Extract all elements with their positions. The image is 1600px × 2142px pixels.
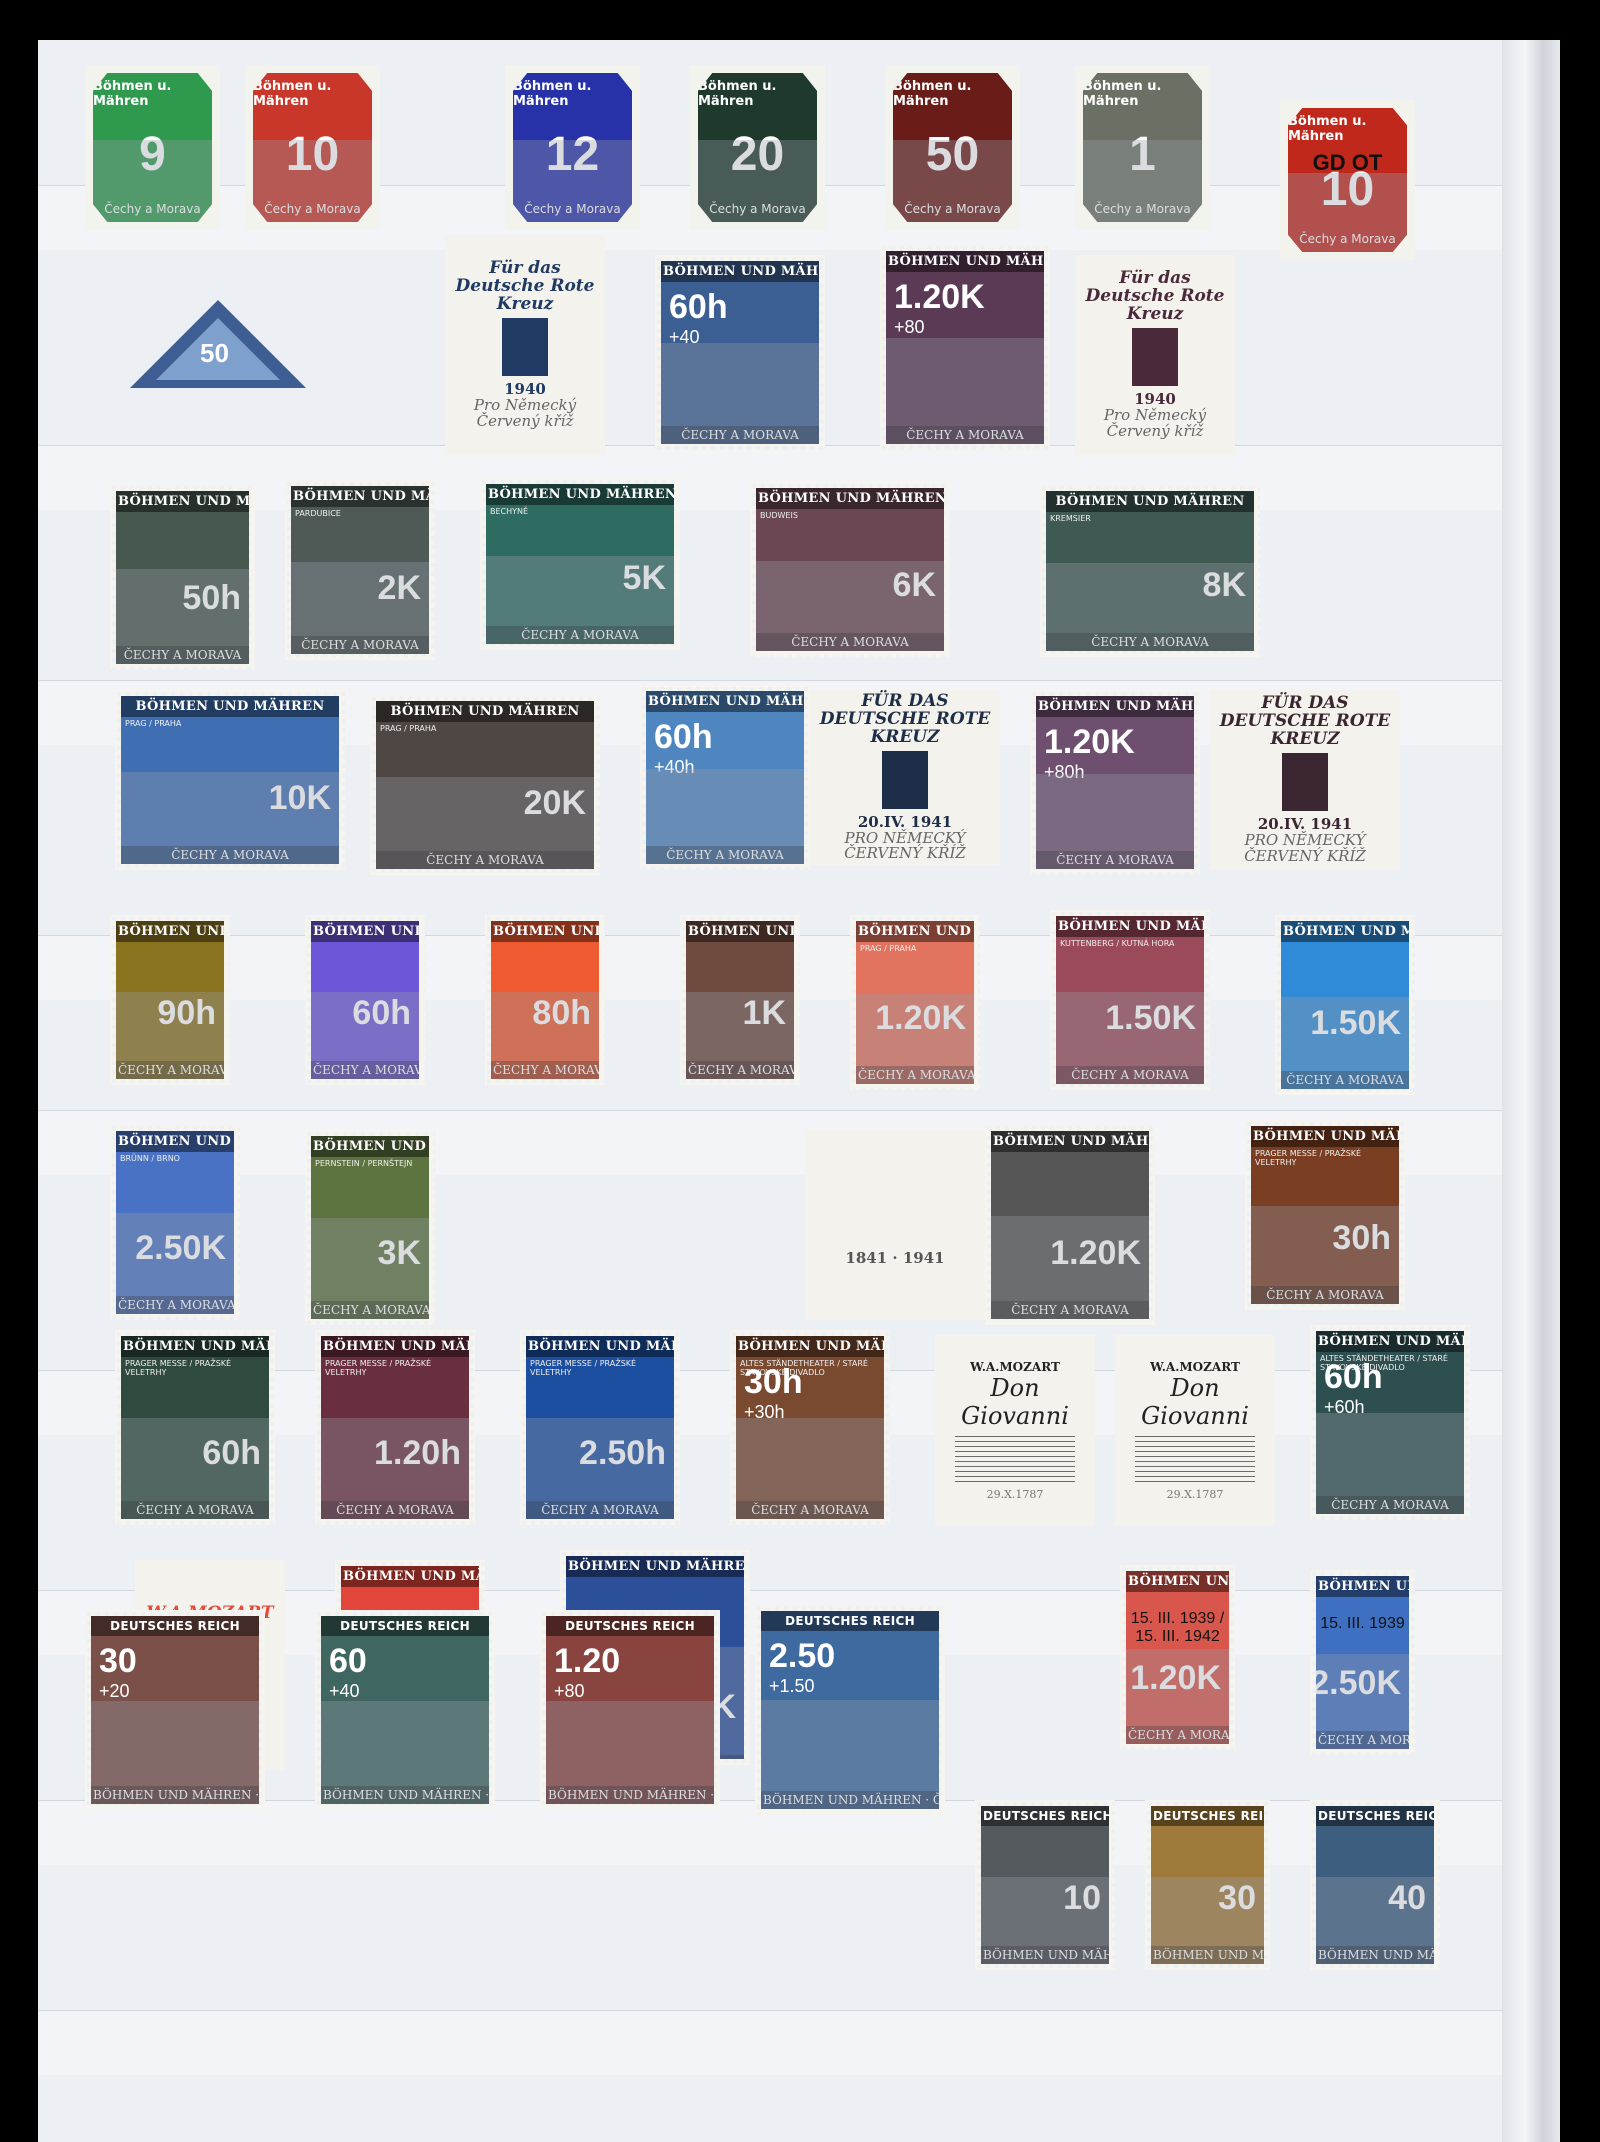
- postage-stamp[interactable]: BÖHMEN UND MÄHRENBECHYNĚ5KČECHY A MORAVA: [480, 478, 680, 650]
- stamp-design: BÖHMEN UND MÄHREN80hČECHY A MORAVA: [491, 921, 599, 1079]
- stamp-value: 30h: [1332, 1219, 1391, 1258]
- label-text-bottom: PRO NĚMECKÝ ČERVENÝ KŘÍŽ: [810, 831, 1000, 863]
- stamp-design: BÖHMEN UND MÄHRENBRÜNN / BRNO2.50KČECHY …: [116, 1131, 234, 1314]
- stamp-header: DEUTSCHES REICH: [761, 1611, 939, 1631]
- stamp-footer: Čechy a Morava: [104, 202, 201, 216]
- stamp-value: 2.50K: [1316, 1664, 1401, 1703]
- stamp-value: 1.20K: [1130, 1659, 1221, 1698]
- stamp-picture: 60h: [311, 942, 419, 1061]
- stamp-value: 6K: [893, 566, 936, 605]
- stamp-footer: ČECHY A MORAVA: [491, 1061, 599, 1079]
- postage-stamp[interactable]: BÖHMEN UND MÄHRENPRAG / PRAHA10KČECHY A …: [115, 690, 345, 870]
- stamp-footer: Čechy a Morava: [524, 202, 621, 216]
- stamp-design: DEUTSCHES REICH30BÖHMEN UND MÄHREN · ČEC…: [1151, 1806, 1264, 1964]
- stamp-picture: 40: [1316, 1826, 1434, 1946]
- stamp-value: 60h+40h: [654, 718, 713, 778]
- stamp-footer: ČECHY A MORAVA: [1316, 1496, 1464, 1514]
- stamp-header: BÖHMEN UND MÄHREN: [526, 1336, 674, 1357]
- postage-stamp[interactable]: DEUTSCHES REICH10BÖHMEN UND MÄHREN · ČEC…: [975, 1800, 1115, 1970]
- stamp-value: 12: [546, 127, 599, 182]
- stamp-footer: Čechy a Morava: [709, 202, 806, 216]
- stamp-design: BÖHMEN UND MÄHRENPRAGER MESSE / PRAŽSKÉ …: [526, 1336, 674, 1519]
- stamp-header: DEUTSCHES REICH: [1316, 1806, 1434, 1826]
- stamp-value: 30h+30h: [744, 1363, 803, 1423]
- stamp-header: BÖHMEN UND MÄHREN: [116, 491, 249, 512]
- postage-stamp[interactable]: BÖHMEN UND MÄHREN1KČECHY A MORAVA: [680, 915, 800, 1085]
- stamp-footer: BÖHMEN UND MÄHREN · ČECHY A MORAVA: [1316, 1946, 1434, 1964]
- stamp-design: BÖHMEN UND MÄHRENALTES STÄNDETHEATER / S…: [736, 1336, 884, 1519]
- value-text: 1.20K: [875, 999, 966, 1037]
- stamp-design: BÖHMEN UND MÄHREN1.50KČECHY A MORAVA: [1281, 921, 1409, 1089]
- stamp-header: BÖHMEN UND MÄHREN: [376, 701, 594, 722]
- label-years: 1841 · 1941: [845, 1249, 944, 1267]
- label-text-top: FÜR DAS DEUTSCHE ROTE KREUZ: [810, 693, 1000, 747]
- value-text: 10: [1063, 1879, 1101, 1917]
- stamp-header: BÖHMEN UND MÄHREN: [1316, 1576, 1409, 1597]
- surcharge: +20: [99, 1681, 137, 1702]
- photo-border-left: [0, 0, 38, 2142]
- stamp-design: DEUTSCHES REICH2.50+1.50BÖHMEN UND MÄHRE…: [761, 1611, 939, 1809]
- stamp-value: 90h: [157, 994, 216, 1033]
- mozart-label: W.A.MOZARTDon Giovanni29.X.1787: [935, 1335, 1095, 1525]
- newspaper-stamp[interactable]: Böhmen u. Mähren20Čechy a Morava: [690, 65, 825, 230]
- value-text: 30h: [1332, 1219, 1391, 1257]
- stamp-design: BÖHMEN UND MÄHRENPARDUBICE2KČECHY A MORA…: [291, 486, 429, 654]
- stamp-footer: BÖHMEN UND MÄHREN · ČECHY A MORAVA: [546, 1786, 714, 1804]
- stamp-footer: ČECHY A MORAVA: [1316, 1731, 1409, 1749]
- mozart-label: W.A.MOZARTDon Giovanni29.X.1787: [1115, 1335, 1275, 1525]
- music-staff-icon: [955, 1436, 1075, 1482]
- stamp-caption: BRÜNN / BRNO: [116, 1152, 234, 1165]
- stamp-footer: BÖHMEN UND MÄHREN · ČECHY A MORAVA: [981, 1946, 1109, 1964]
- stamp-value: 1: [1129, 127, 1156, 182]
- stamp-value: 50: [200, 338, 229, 369]
- postage-stamp[interactable]: BÖHMEN UND MÄHREN1.20K+80hČECHY A MORAVA: [1030, 690, 1200, 875]
- stamp-design: DEUTSCHES REICH60+40BÖHMEN UND MÄHREN · …: [321, 1616, 489, 1804]
- stamp-design: BÖHMEN UND MÄHRENPRAG / PRAHA10KČECHY A …: [121, 696, 339, 864]
- stamp-design: BÖHMEN UND MÄHREN1.20KČECHY A MORAVA: [991, 1131, 1149, 1319]
- se-tenant-label: Für das Deutsche Rote Kreuz1940Pro Němec…: [445, 235, 605, 455]
- value-text: 1.20h: [374, 1434, 461, 1472]
- stamp-picture: BECHYNĚ5K: [486, 505, 674, 626]
- postage-stamp[interactable]: BÖHMEN UND MÄHREN15. III. 1939 / 15. III…: [1120, 1565, 1235, 1750]
- postage-stamp[interactable]: BÖHMEN UND MÄHREN1.20K+80ČECHY A MORAVA: [880, 245, 1050, 450]
- value-text: 1.50K: [1310, 1004, 1401, 1042]
- stamp-value: 2.50+1.50: [769, 1637, 835, 1697]
- stamp-design: BÖHMEN UND MÄHREN15. III. 1939 / 15. III…: [1126, 1571, 1229, 1744]
- stamp-picture: 1.20+80: [546, 1636, 714, 1786]
- stamp-design: Böhmen u. Mähren12Čechy a Morava: [513, 73, 632, 222]
- value-text: 90h: [157, 994, 216, 1032]
- music-staff-icon: [1135, 1436, 1255, 1482]
- stamp-footer: ČECHY A MORAVA: [116, 646, 249, 664]
- photo-border-right: [1560, 0, 1600, 2142]
- surcharge: +1.50: [769, 1676, 835, 1697]
- se-tenant-label: FÜR DAS DEUTSCHE ROTE KREUZ20.IV. 1941PR…: [1210, 690, 1400, 870]
- value-text: 30: [99, 1642, 137, 1680]
- stamp-picture: 60h+40h: [646, 712, 804, 846]
- stamp-design: Böhmen u. Mähren50Čechy a Morava: [893, 73, 1012, 222]
- stamp-picture: PRAGER MESSE / PRAŽSKÉ VELETRHY60h: [121, 1357, 269, 1501]
- stamp-design: BÖHMEN UND MÄHRENPERNSTEIN / PERNŠTEJN3K…: [311, 1136, 429, 1319]
- stamp-value: 1K: [743, 994, 786, 1033]
- postage-stamp[interactable]: BÖHMEN UND MÄHRENALTES STÄNDETHEATER / S…: [730, 1330, 890, 1525]
- stamp-value: 60h: [202, 1434, 261, 1473]
- stamp-footer: ČECHY A MORAVA: [1036, 851, 1194, 869]
- red-cross-eagle-icon: [502, 318, 548, 376]
- stamp-value: 60h+60h: [1324, 1358, 1383, 1418]
- stamp-header: BÖHMEN UND MÄHREN: [756, 488, 944, 509]
- stamp-caption: KUTTENBERG / KUTNÁ HORA: [1056, 937, 1204, 950]
- value-text: 40: [1388, 1879, 1426, 1917]
- stamp-picture: 60+40: [321, 1636, 489, 1786]
- stamp-design: BÖHMEN UND MÄHREN60h+40hČECHY A MORAVA: [646, 691, 804, 864]
- value-text: 60: [329, 1642, 367, 1680]
- opera-title: Don Giovanni: [1115, 1374, 1275, 1430]
- stamp-caption: PARDUBICE: [291, 507, 429, 520]
- value-text: 1K: [743, 994, 786, 1032]
- stamp-design: DEUTSCHES REICH30+20BÖHMEN UND MÄHREN · …: [91, 1616, 259, 1804]
- stamp-value: 1.20+80: [554, 1642, 620, 1702]
- postage-stamp[interactable]: BÖHMEN UND MÄHRENPRAGER MESSE / PRAŽSKÉ …: [1245, 1120, 1405, 1310]
- photo-border-top: [0, 0, 1600, 40]
- stamp-header: BÖHMEN UND MÄHREN: [566, 1556, 744, 1577]
- stamp-value: 9: [139, 127, 166, 182]
- postage-stamp[interactable]: BÖHMEN UND MÄHRENKUTTENBERG / KUTNÁ HORA…: [1050, 910, 1210, 1090]
- stamp-footer: BÖHMEN UND MÄHREN · ČECHY A MORAVA: [91, 1786, 259, 1804]
- stamp-design: BÖHMEN UND MÄHRENPRAGER MESSE / PRAŽSKÉ …: [121, 1336, 269, 1519]
- stamp-design: BÖHMEN UND MÄHREN15. III. 19392.50KČECHY…: [1316, 1576, 1409, 1749]
- stamp-picture: 1.50K: [1281, 942, 1409, 1071]
- postage-stamp[interactable]: BÖHMEN UND MÄHRENKREMSIER8KČECHY A MORAV…: [1040, 485, 1260, 657]
- stamp-caption: PRAGER MESSE / PRAŽSKÉ VELETRHY: [121, 1357, 269, 1379]
- value-text: 5K: [623, 559, 666, 597]
- label-years: 20.IV. 1941: [858, 813, 952, 831]
- stamp-footer: Čechy a Morava: [264, 202, 361, 216]
- postage-stamp[interactable]: BÖHMEN UND MÄHREN60h+40hČECHY A MORAVA: [640, 685, 810, 870]
- stamp-header: DEUTSCHES REICH: [546, 1616, 714, 1636]
- stamp-picture: 50h: [116, 512, 249, 646]
- stamp-header: Böhmen u. Mähren: [1288, 114, 1407, 144]
- stamp-value: 10K: [269, 779, 331, 818]
- stamp-design: BÖHMEN UND MÄHRENBUDWEIS6KČECHY A MORAVA: [756, 488, 944, 651]
- stamp-design: Böhmen u. Mähren9Čechy a Morava: [93, 73, 212, 222]
- surcharge: +80: [554, 1681, 620, 1702]
- stamp-picture: 1K: [686, 942, 794, 1061]
- stamp-footer: ČECHY A MORAVA: [376, 851, 594, 869]
- red-cross-eagle-icon: [1282, 753, 1328, 811]
- stamp-footer: ČECHY A MORAVA: [991, 1301, 1149, 1319]
- stamp-picture: 60h+40: [661, 282, 819, 426]
- stamp-header: BÖHMEN UND MÄHREN: [661, 261, 819, 282]
- stamp-header: BÖHMEN UND MÄHREN: [736, 1336, 884, 1357]
- stamp-footer: ČECHY A MORAVA: [686, 1061, 794, 1079]
- value-text: 2.50: [769, 1637, 835, 1675]
- stamp-value: 2.50h: [579, 1434, 666, 1473]
- stamp-header: BÖHMEN UND MÄHREN: [1281, 921, 1409, 942]
- stamp-picture: PRAGER MESSE / PRAŽSKÉ VELETRHY2.50h: [526, 1357, 674, 1501]
- stamp-footer: ČECHY A MORAVA: [526, 1501, 674, 1519]
- value-text: 80h: [532, 994, 591, 1032]
- red-cross-eagle-icon: [1132, 328, 1178, 386]
- stamp-picture: 10: [981, 1826, 1109, 1946]
- opera-title: Don Giovanni: [935, 1374, 1095, 1430]
- stamp-footer: BÖHMEN UND MÄHREN · ČECHY A MORAVA: [761, 1791, 939, 1809]
- value-text: 3K: [378, 1234, 421, 1272]
- label-text-top: Für das Deutsche Rote Kreuz: [445, 260, 605, 314]
- stamp-picture: KUTTENBERG / KUTNÁ HORA1.50K: [1056, 937, 1204, 1066]
- surcharge: +40: [669, 327, 728, 348]
- stamp-value: 20: [731, 127, 784, 182]
- stamp-footer: ČECHY A MORAVA: [291, 636, 429, 654]
- stockbook-page: Böhmen u. Mähren9Čechy a MoravaBöhmen u.…: [38, 40, 1558, 2142]
- value-text: 60h: [654, 718, 713, 756]
- stamp-header: BÖHMEN UND MÄHREN: [311, 1136, 429, 1157]
- stamp-header: BÖHMEN UND MÄHREN: [321, 1336, 469, 1357]
- stamp-design: BÖHMEN UND MÄHRENPRAGER MESSE / PRAŽSKÉ …: [1251, 1126, 1399, 1304]
- stamp-picture: BUDWEIS6K: [756, 509, 944, 633]
- stamp-header: BÖHMEN UND MÄHREN: [886, 251, 1044, 272]
- stamp-caption: BECHYNĚ: [486, 505, 674, 518]
- newspaper-stamp[interactable]: Böhmen u. Mähren10Čechy a MoravaGD OT: [1280, 100, 1415, 260]
- stamp-footer: ČECHY A MORAVA: [856, 1066, 974, 1084]
- label-text-top: Für das Deutsche Rote Kreuz: [1075, 270, 1235, 324]
- postage-stamp[interactable]: BÖHMEN UND MÄHRENPRAGER MESSE / PRAŽSKÉ …: [115, 1330, 275, 1525]
- value-text: 50h: [182, 579, 241, 617]
- value-text: 30h: [744, 1363, 803, 1401]
- stamp-footer: ČECHY A MORAVA: [321, 1501, 469, 1519]
- stamp-picture: 15. III. 19392.50K: [1316, 1597, 1409, 1731]
- stamp-value: 8K: [1203, 566, 1246, 605]
- label-text-bottom: PRO NĚMECKÝ ČERVENÝ KŘÍŽ: [1210, 833, 1400, 865]
- value-text: 1.20K: [1130, 1659, 1221, 1697]
- stamp-picture: 2.50+1.50: [761, 1631, 939, 1791]
- stamp-picture: 90h: [116, 942, 224, 1061]
- stamp-footer: ČECHY A MORAVA: [646, 846, 804, 864]
- stamp-picture: 1.20K+80: [886, 272, 1044, 426]
- stamp-design: Böhmen u. Mähren1Čechy a Morava: [1083, 73, 1202, 222]
- postage-stamp[interactable]: DEUTSCHES REICH30+20BÖHMEN UND MÄHREN · …: [85, 1610, 265, 1810]
- postage-stamp[interactable]: DEUTSCHES REICH40BÖHMEN UND MÄHREN · ČEC…: [1310, 1800, 1440, 1970]
- stamp-value: 60+40: [329, 1642, 367, 1702]
- stamp-picture: 1.20K: [991, 1152, 1149, 1301]
- surcharge: +80h: [1044, 762, 1135, 783]
- stamp-value: 1.50K: [1105, 999, 1196, 1038]
- stamp-picture: BRÜNN / BRNO2.50K: [116, 1152, 234, 1296]
- postage-stamp[interactable]: BÖHMEN UND MÄHRENPRAG / PRAHA1.20KČECHY …: [850, 915, 980, 1090]
- stamp-header: Böhmen u. Mähren: [253, 79, 372, 109]
- stamp-picture: KREMSIER8K: [1046, 512, 1254, 633]
- composer-name: W.A.MOZART: [1150, 1360, 1240, 1374]
- postage-stamp[interactable]: BÖHMEN UND MÄHREN90hČECHY A MORAVA: [110, 915, 230, 1085]
- stamp-header: BÖHMEN UND MÄHREN: [116, 921, 224, 942]
- stamp-caption: PRAG / PRAHA: [856, 942, 974, 955]
- stamp-header: BÖHMEN UND MÄHREN: [291, 486, 429, 507]
- stamp-header: BÖHMEN UND MÄHREN: [856, 921, 974, 942]
- stamp-picture: 15. III. 1939 / 15. III. 19421.20K: [1126, 1592, 1229, 1726]
- surcharge: +80: [894, 317, 985, 338]
- red-cross-eagle-icon: [872, 1187, 918, 1245]
- stamp-design: BÖHMEN UND MÄHREN60hČECHY A MORAVA: [311, 921, 419, 1079]
- stamp-footer: ČECHY A MORAVA: [736, 1501, 884, 1519]
- stamp-picture: PRAGER MESSE / PRAŽSKÉ VELETRHY30h: [1251, 1147, 1399, 1286]
- stamp-footer: BÖHMEN UND MÄHREN · ČECHY A MORAVA: [1151, 1946, 1264, 1964]
- stamp-header: BÖHMEN UND MÄHREN: [1251, 1126, 1399, 1147]
- stamp-caption: PRAGER MESSE / PRAŽSKÉ VELETRHY: [1251, 1147, 1399, 1169]
- stamp-design: BÖHMEN UND MÄHRENALTES STÄNDETHEATER / S…: [1316, 1331, 1464, 1514]
- stamp-value: 60h: [352, 994, 411, 1033]
- postage-stamp[interactable]: BÖHMEN UND MÄHREN50hČECHY A MORAVA: [110, 485, 255, 670]
- stamp-footer: ČECHY A MORAVA: [756, 633, 944, 651]
- stamp-header: Böhmen u. Mähren: [93, 79, 212, 109]
- stamp-footer: ČECHY A MORAVA: [116, 1296, 234, 1314]
- stamp-value: 5K: [623, 559, 666, 598]
- newspaper-stamp[interactable]: Böhmen u. Mähren10Čechy a Morava: [245, 65, 380, 230]
- stamp-value: 10: [1063, 1879, 1101, 1918]
- surcharge: +60h: [1324, 1397, 1383, 1418]
- postage-stamp[interactable]: BÖHMEN UND MÄHRENALTES STÄNDETHEATER / S…: [1310, 1325, 1470, 1520]
- stamp-header: BÖHMEN UND MÄHREN: [1046, 491, 1254, 512]
- stamp-value: 1.20K: [875, 999, 966, 1038]
- stamp-header: BÖHMEN UND MÄHREN: [491, 921, 599, 942]
- value-text: 1.50K: [1105, 999, 1196, 1037]
- stamp-footer: Čechy a Morava: [1094, 202, 1191, 216]
- stamp-header: BÖHMEN UND MÄHREN: [1056, 916, 1204, 937]
- stamp-value: 1.20K+80: [894, 278, 985, 338]
- stamp-design: BÖHMEN UND MÄHREN60h+40ČECHY A MORAVA: [661, 261, 819, 444]
- postage-stamp[interactable]: BÖHMEN UND MÄHRENPRAGER MESSE / PRAŽSKÉ …: [315, 1330, 475, 1525]
- postage-stamp[interactable]: BÖHMEN UND MÄHRENBUDWEIS6KČECHY A MORAVA: [750, 482, 950, 657]
- stamp-value: 40: [1388, 1879, 1426, 1918]
- stamp-header: BÖHMEN UND MÄHREN: [311, 921, 419, 942]
- value-text: 2.50K: [1316, 1664, 1401, 1702]
- stamp-footer: ČECHY A MORAVA: [1126, 1726, 1229, 1744]
- stamp-header: BÖHMEN UND MÄHREN: [686, 921, 794, 942]
- postage-stamp[interactable]: DEUTSCHES REICH60+40BÖHMEN UND MÄHREN · …: [315, 1610, 495, 1810]
- value-text: 60h: [669, 288, 728, 326]
- postage-stamp[interactable]: BÖHMEN UND MÄHRENPRAG / PRAHA20KČECHY A …: [370, 695, 600, 875]
- stamp-footer: Čechy a Morava: [1299, 232, 1396, 246]
- stamp-design: BÖHMEN UND MÄHRENBECHYNĚ5KČECHY A MORAVA: [486, 484, 674, 644]
- postage-stamp[interactable]: BÖHMEN UND MÄHREN60h+40ČECHY A MORAVA: [655, 255, 825, 450]
- stamp-value: 80h: [532, 994, 591, 1033]
- stamp-value: 20K: [524, 784, 586, 823]
- stamp-design: DEUTSCHES REICH40BÖHMEN UND MÄHREN · ČEC…: [1316, 1806, 1434, 1964]
- stamp-value: 1.20K: [1050, 1234, 1141, 1273]
- value-text: 60h: [202, 1434, 261, 1472]
- stamp-picture: PERNSTEIN / PERNŠTEJN3K: [311, 1157, 429, 1301]
- stamp-picture: PRAG / PRAHA20K: [376, 722, 594, 851]
- stamp-picture: ALTES STÄNDETHEATER / STARÉ STAVOVSKÉ DI…: [1316, 1352, 1464, 1496]
- postage-stamp[interactable]: BÖHMEN UND MÄHREN60hČECHY A MORAVA: [305, 915, 425, 1085]
- stamp-footer: ČECHY A MORAVA: [311, 1301, 429, 1319]
- value-text: 6K: [893, 566, 936, 604]
- stamp-header: BÖHMEN UND MÄHREN: [991, 1131, 1149, 1152]
- postage-stamp[interactable]: BÖHMEN UND MÄHRENPARDUBICE2KČECHY A MORA…: [285, 480, 435, 660]
- stamp-design: BÖHMEN UND MÄHREN50hČECHY A MORAVA: [116, 491, 249, 664]
- postage-stamp[interactable]: BÖHMEN UND MÄHREN1.20KČECHY A MORAVA: [985, 1125, 1155, 1325]
- postage-stamp[interactable]: DEUTSCHES REICH1.20+80BÖHMEN UND MÄHREN …: [540, 1610, 720, 1810]
- stamp-value: 30: [1218, 1879, 1256, 1918]
- stamp-picture: ALTES STÄNDETHEATER / STARÉ STAVOVSKÉ DI…: [736, 1357, 884, 1501]
- stamp-footer: ČECHY A MORAVA: [121, 846, 339, 864]
- stamp-value: 50h: [182, 579, 241, 618]
- value-text: 2K: [378, 569, 421, 607]
- stamp-header: BÖHMEN UND MÄHREN: [1316, 1331, 1464, 1352]
- stamp-value: 3K: [378, 1234, 421, 1273]
- stamp-caption: BUDWEIS: [756, 509, 944, 522]
- stamp-footer: BÖHMEN UND MÄHREN · ČECHY A MORAVA: [321, 1786, 489, 1804]
- value-text: 1.20: [554, 1642, 620, 1680]
- postage-stamp[interactable]: BÖHMEN UND MÄHRENPRAGER MESSE / PRAŽSKÉ …: [520, 1330, 680, 1525]
- stamp-caption: PRAG / PRAHA: [376, 722, 594, 735]
- stamp-caption: KREMSIER: [1046, 512, 1254, 525]
- stamp-picture: 1.20K+80h: [1036, 717, 1194, 851]
- newspaper-stamp[interactable]: Böhmen u. Mähren50Čechy a Morava: [885, 65, 1020, 230]
- stamp-value: 1.50K: [1310, 1004, 1401, 1043]
- stamp-footer: ČECHY A MORAVA: [886, 426, 1044, 444]
- surcharge: +30h: [744, 1402, 803, 1423]
- postage-stamp[interactable]: BÖHMEN UND MÄHREN1.50KČECHY A MORAVA: [1275, 915, 1415, 1095]
- postage-stamp[interactable]: DEUTSCHES REICH30BÖHMEN UND MÄHREN · ČEC…: [1145, 1800, 1270, 1970]
- stamp-footer: ČECHY A MORAVA: [116, 1061, 224, 1079]
- stamp-picture: 30: [1151, 1826, 1264, 1946]
- stamp-footer: ČECHY A MORAVA: [661, 426, 819, 444]
- triangle-stamp[interactable]: 50: [130, 300, 306, 435]
- stamp-header: BÖHMEN UND MÄHREN: [116, 1131, 234, 1152]
- stamp-picture: 80h: [491, 942, 599, 1061]
- stamp-design: Böhmen u. Mähren10Čechy a MoravaGD OT: [1288, 108, 1407, 252]
- stamp-picture: PRAGER MESSE / PRAŽSKÉ VELETRHY1.20h: [321, 1357, 469, 1501]
- stamp-header: BÖHMEN UND MÄHREN: [121, 696, 339, 717]
- postage-stamp[interactable]: DEUTSCHES REICH2.50+1.50BÖHMEN UND MÄHRE…: [755, 1605, 945, 1815]
- newspaper-stamp[interactable]: Böhmen u. Mähren1Čechy a Morava: [1075, 65, 1210, 230]
- stamp-header: Böhmen u. Mähren: [698, 79, 817, 109]
- stamp-value: 1.20K+80h: [1044, 723, 1135, 783]
- newspaper-stamp[interactable]: Böhmen u. Mähren12Čechy a Morava: [505, 65, 640, 230]
- se-tenant-label: Für das Deutsche Rote Kreuz1940Pro Němec…: [1075, 255, 1235, 455]
- se-tenant-label: 1841 · 1941: [805, 1130, 985, 1320]
- stamp-caption: PERNSTEIN / PERNŠTEJN: [311, 1157, 429, 1170]
- album-spine: [1502, 40, 1560, 2142]
- value-text: 8K: [1203, 566, 1246, 604]
- stamp-design: BÖHMEN UND MÄHREN1.20K+80hČECHY A MORAVA: [1036, 696, 1194, 869]
- stamp-header: BÖHMEN UND MÄHREN: [646, 691, 804, 712]
- stamp-design: BÖHMEN UND MÄHRENPRAG / PRAHA20KČECHY A …: [376, 701, 594, 869]
- value-text: 10K: [269, 779, 331, 817]
- premiere-date: 29.X.1787: [987, 1488, 1044, 1501]
- stamp-picture: PRAG / PRAHA1.20K: [856, 942, 974, 1066]
- stockbook-strip: [38, 2010, 1558, 2075]
- overprint: 15. III. 1939: [1316, 1615, 1409, 1633]
- stamp-header: Böhmen u. Mähren: [1083, 79, 1202, 109]
- stamp-picture: PRAG / PRAHA10K: [121, 717, 339, 846]
- premiere-date: 29.X.1787: [1167, 1488, 1224, 1501]
- newspaper-stamp[interactable]: Böhmen u. Mähren9Čechy a Morava: [85, 65, 220, 230]
- value-text: 1.20K: [1050, 1234, 1141, 1272]
- stamp-footer: ČECHY A MORAVA: [121, 1501, 269, 1519]
- postage-stamp[interactable]: BÖHMEN UND MÄHRENPERNSTEIN / PERNŠTEJN3K…: [305, 1130, 435, 1325]
- postage-stamp[interactable]: BÖHMEN UND MÄHRENBRÜNN / BRNO2.50KČECHY …: [110, 1125, 240, 1320]
- value-text: 60h: [1324, 1358, 1383, 1396]
- stamp-header: DEUTSCHES REICH: [981, 1806, 1109, 1826]
- stamp-footer: ČECHY A MORAVA: [1281, 1071, 1409, 1089]
- stamp-header: Böhmen u. Mähren: [893, 79, 1012, 109]
- postage-stamp[interactable]: BÖHMEN UND MÄHREN15. III. 19392.50KČECHY…: [1310, 1570, 1415, 1755]
- stamp-value: 60h+40: [669, 288, 728, 348]
- postage-stamp[interactable]: BÖHMEN UND MÄHREN80hČECHY A MORAVA: [485, 915, 605, 1085]
- stamp-header: DEUTSCHES REICH: [1151, 1806, 1264, 1826]
